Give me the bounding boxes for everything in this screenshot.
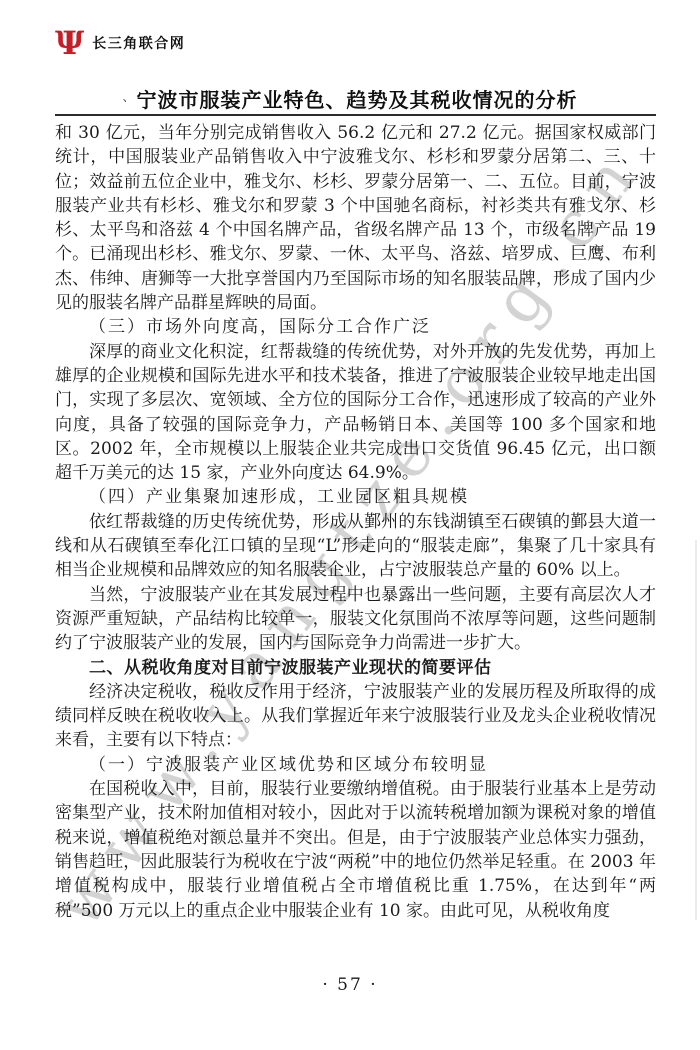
paragraph: 依红帮裁缝的历史传统优势，形成从鄞州的东钱湖镇至石碶镇的鄞县大道一线和从石碶镇至… xyxy=(55,510,656,583)
subheading-4: （四）产业集聚加速形成，工业园区粗具规模 xyxy=(55,485,656,509)
section-heading-2: 二、从税收角度对目前宁波服装产业现状的简要评估 xyxy=(55,656,656,680)
page-number: · 57 · xyxy=(0,975,700,995)
paragraph: 深厚的商业文化积淀，红帮裁缝的传统优势，对外开放的先发优势，再加上雄厚的企业规模… xyxy=(55,340,656,486)
title-row: 、宁波市服装产业特色、趋势及其税收情况的分析 xyxy=(0,84,700,113)
title-underline xyxy=(55,114,656,116)
page-title: 宁波市服装产业特色、趋势及其税收情况的分析 xyxy=(137,88,578,112)
site-masthead: Ψ 长三角联合网 xyxy=(55,28,185,58)
title-prefix-mark: 、 xyxy=(122,90,134,104)
subheading-1: （一）宁波服装产业区域优势和区域分布较明显 xyxy=(55,753,656,777)
paragraph: 当然，宁波服装产业在其发展过程中也暴露出一些问题，主要有高层次人才资源严重短缺，… xyxy=(55,583,656,656)
site-name: 长三角联合网 xyxy=(92,33,185,53)
paragraph: 经济决定税收，税收反作用于经济，宁波服装产业的发展历程及所取得的成绩同样反映在税… xyxy=(55,680,656,753)
document-page: www.yangtze.org.cn Ψ 长三角联合网 、宁波市服装产业特色、趋… xyxy=(0,0,700,1050)
scan-edge-shadow xyxy=(695,540,697,920)
paragraph-continuation: 和 30 亿元，当年分别完成销售收入 56.2 亿元和 27.2 亿元。据国家权… xyxy=(55,121,656,315)
article-body: 和 30 亿元，当年分别完成销售收入 56.2 亿元和 27.2 亿元。据国家权… xyxy=(55,121,656,923)
subheading-3: （三）市场外向度高，国际分工合作广泛 xyxy=(55,315,656,339)
site-logo-icon: Ψ xyxy=(55,28,84,58)
paragraph: 在国税收入中，目前，服装行业要缴纳增值税。由于服装行业基本上是劳动密集型产业，技… xyxy=(55,777,656,923)
